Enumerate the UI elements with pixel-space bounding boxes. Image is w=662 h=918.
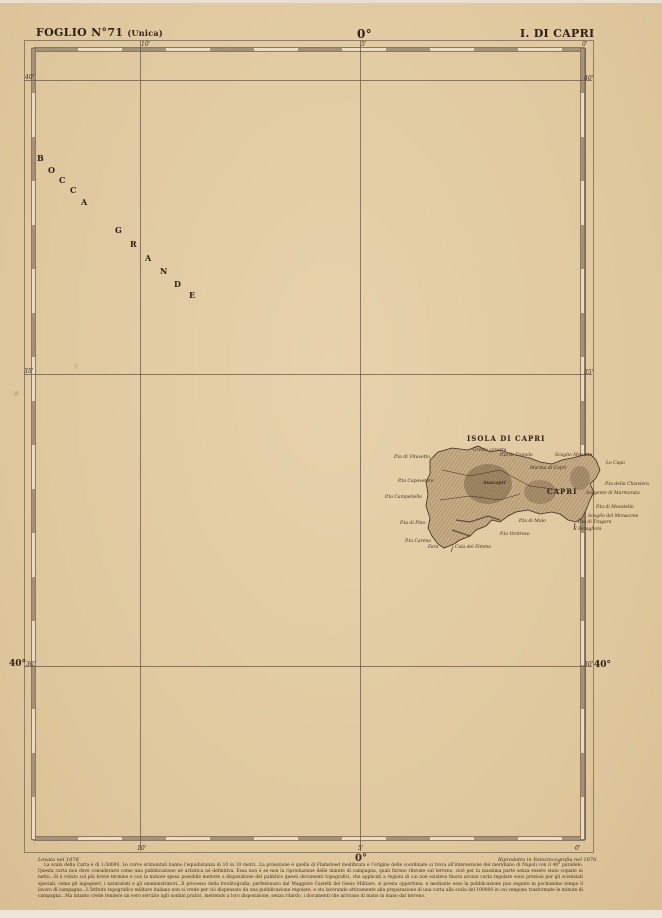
place-sorgente-marmorata: Sorgente di Marmorata — [586, 491, 640, 496]
place-faraglioni: I Faraglioni — [575, 527, 601, 532]
place-pta-carena: P.ta Carena — [405, 539, 431, 544]
place-pta-campetiello: P.ta Campetiello — [385, 495, 422, 500]
place-capri-town: CAPRI — [547, 487, 577, 496]
place-lo-capo: Lo Capo — [606, 461, 625, 466]
place-pta-tragara: P.ta di Tragara — [578, 520, 611, 525]
place-pta-pino: P.ta di Pino — [400, 521, 425, 526]
island-of-capri-shape — [0, 0, 662, 918]
place-scoglio-monetta: Scoglio Monetta — [555, 453, 592, 458]
place-pta-chiaviera: P.ta della Chiaviera — [605, 482, 649, 487]
place-anacapri: Anacapri — [483, 481, 506, 486]
place-pta-mulo: P.ta di Mulo — [519, 519, 546, 524]
place-pta-mosotello: P.ta di Mosotello — [596, 505, 634, 510]
explanatory-note: La scala della Carta è di 1:50000. Le cu… — [38, 863, 583, 900]
place-pta-capovetere: P.ta Capovetere — [398, 479, 434, 484]
place-pta-tranelo: P.ta di Tranelo — [500, 453, 533, 458]
place-marina-di-capri: Marina di Capri — [530, 466, 566, 471]
place-faro: Faro — [428, 545, 438, 550]
place-cala-del-fimmo: Cala del Fimmo — [455, 545, 491, 550]
place-pta-ventroso: P.ta Ventroso — [500, 532, 530, 537]
place-scoglio-monacone: Scoglio del Monacone — [588, 514, 638, 519]
place-pta-vituvetta: P.ta di Vituvetta — [394, 455, 430, 460]
